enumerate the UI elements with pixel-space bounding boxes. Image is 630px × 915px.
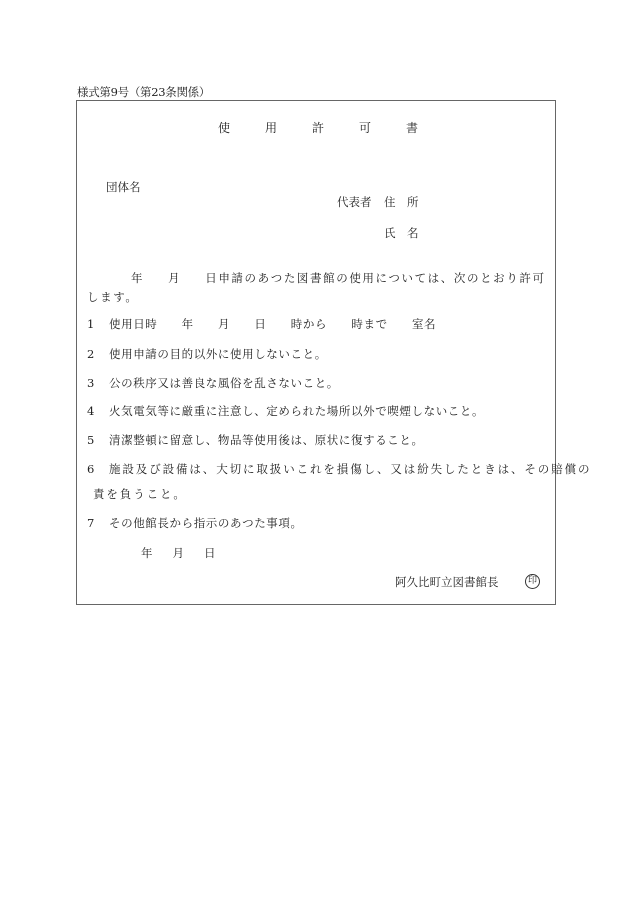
title-char: 書	[406, 119, 418, 136]
condition-item-6: 6施設及び設備は、大切に取扱いこれを損傷し、又は紛失したときは、その賠償の	[87, 461, 591, 477]
issuer-name: 阿久比町立図書館長	[395, 574, 499, 590]
address-label: 住 所	[384, 194, 419, 210]
permit-form-box: 使 用 許 可 書 団体名 代表者 住 所 氏 名 年月日申請のあつた図書館の使…	[76, 100, 556, 605]
condition-item-2: 2使用申請の目的以外に使用しないこと。	[87, 346, 327, 362]
title-char: 使	[218, 119, 230, 136]
seal-icon: 印	[525, 573, 540, 589]
name-label: 氏 名	[384, 225, 419, 241]
intro-month: 月	[168, 271, 181, 285]
intro-text: 日申請のあつた図書館の使用については、次のとおり許可します。	[87, 271, 546, 304]
form-number-label: 様式第9号（第23条関係）	[77, 84, 210, 100]
title-char: 可	[359, 119, 371, 136]
condition-item-3: 3公の秩序又は善良な風俗を乱さないこと。	[87, 375, 339, 391]
intro-paragraph: 年月日申請のあつた図書館の使用については、次のとおり許可します。	[87, 269, 547, 307]
condition-item-6-continued: 責を負うこと。	[93, 486, 187, 502]
intro-year: 年	[131, 271, 144, 285]
condition-item-5: 5清潔整頓に留意し、物品等使用後は、原状に復すること。	[87, 432, 424, 448]
group-name-label: 団体名	[106, 179, 141, 195]
title-char: 許	[312, 119, 324, 136]
representative-label: 代表者	[337, 194, 372, 210]
condition-item-7: 7その他館長から指示のあつた事項。	[87, 515, 303, 531]
condition-item-4: 4火気電気等に厳重に注意し、定められた場所以外で喫煙しないこと。	[87, 403, 484, 419]
condition-item-1: 1使用日時 年 月 日 時から 時まで 室名	[87, 316, 436, 332]
title-char: 用	[265, 119, 277, 136]
issue-date: 年月日	[141, 545, 216, 561]
